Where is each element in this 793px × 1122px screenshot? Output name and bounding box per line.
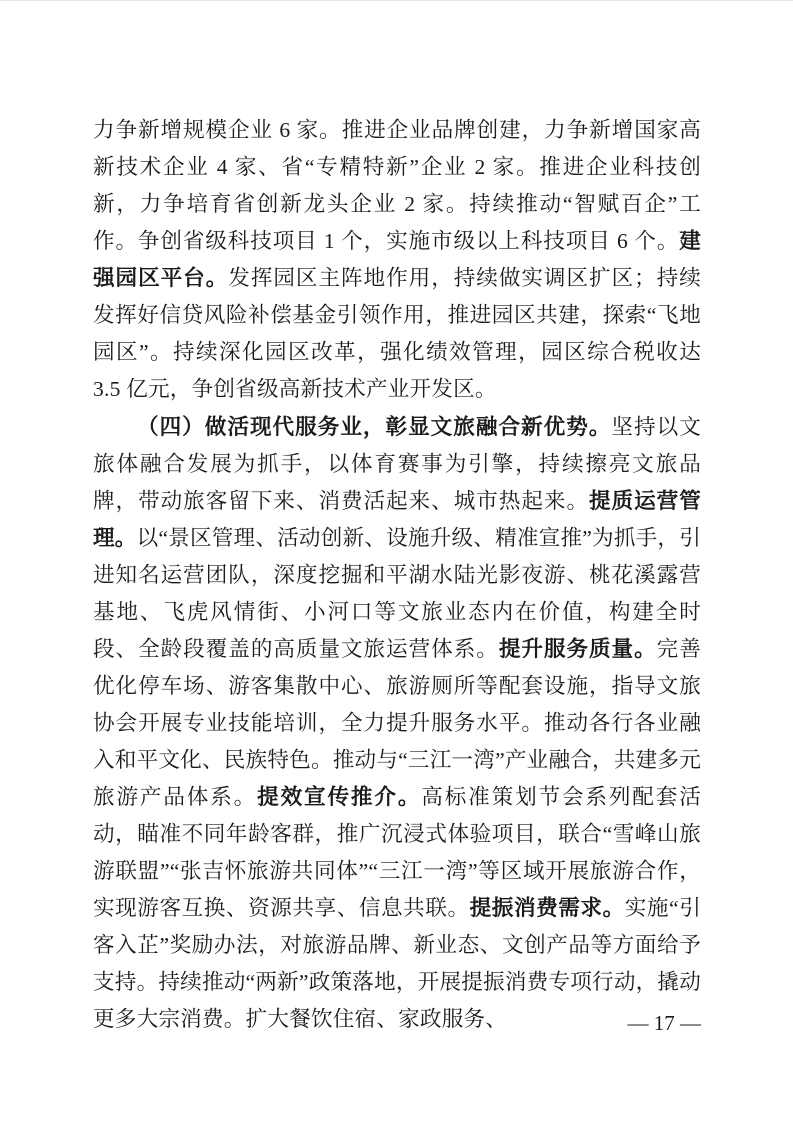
emphasis-segment: 提效宣传推介。 [257,785,421,809]
heading-segment: （四）做活现代服务业，彰显文旅融合新优势。 [137,414,611,439]
emphasis-segment: 提振消费需求。 [470,896,625,920]
emphasis-segment: 提升服务质量。 [499,637,657,661]
document-page: 力争新增规模企业 6 家。推进企业品牌创建，力争新增国家高新技术企业 4 家、省… [0,0,793,1122]
paragraph: 力争新增规模企业 6 家。推进企业品牌创建，力争新增国家高新技术企业 4 家、省… [93,112,701,408]
paragraph: （四）做活现代服务业，彰显文旅融合新优势。坚持以文旅体融合发展为抓手，以体育赛事… [93,408,701,1038]
document-body: 力争新增规模企业 6 家。推进企业品牌创建，力争新增国家高新技术企业 4 家、省… [93,112,701,1038]
page-number: — 17 — [628,1011,702,1035]
text-segment: 完善优化停车场、游客集散中心、旅游厕所等配套设施，指导文旅协会开展专业技能培训，… [93,637,701,809]
text-segment: 力争新增规模企业 6 家。推进企业品牌创建，力争新增国家高新技术企业 4 家、省… [93,118,701,253]
